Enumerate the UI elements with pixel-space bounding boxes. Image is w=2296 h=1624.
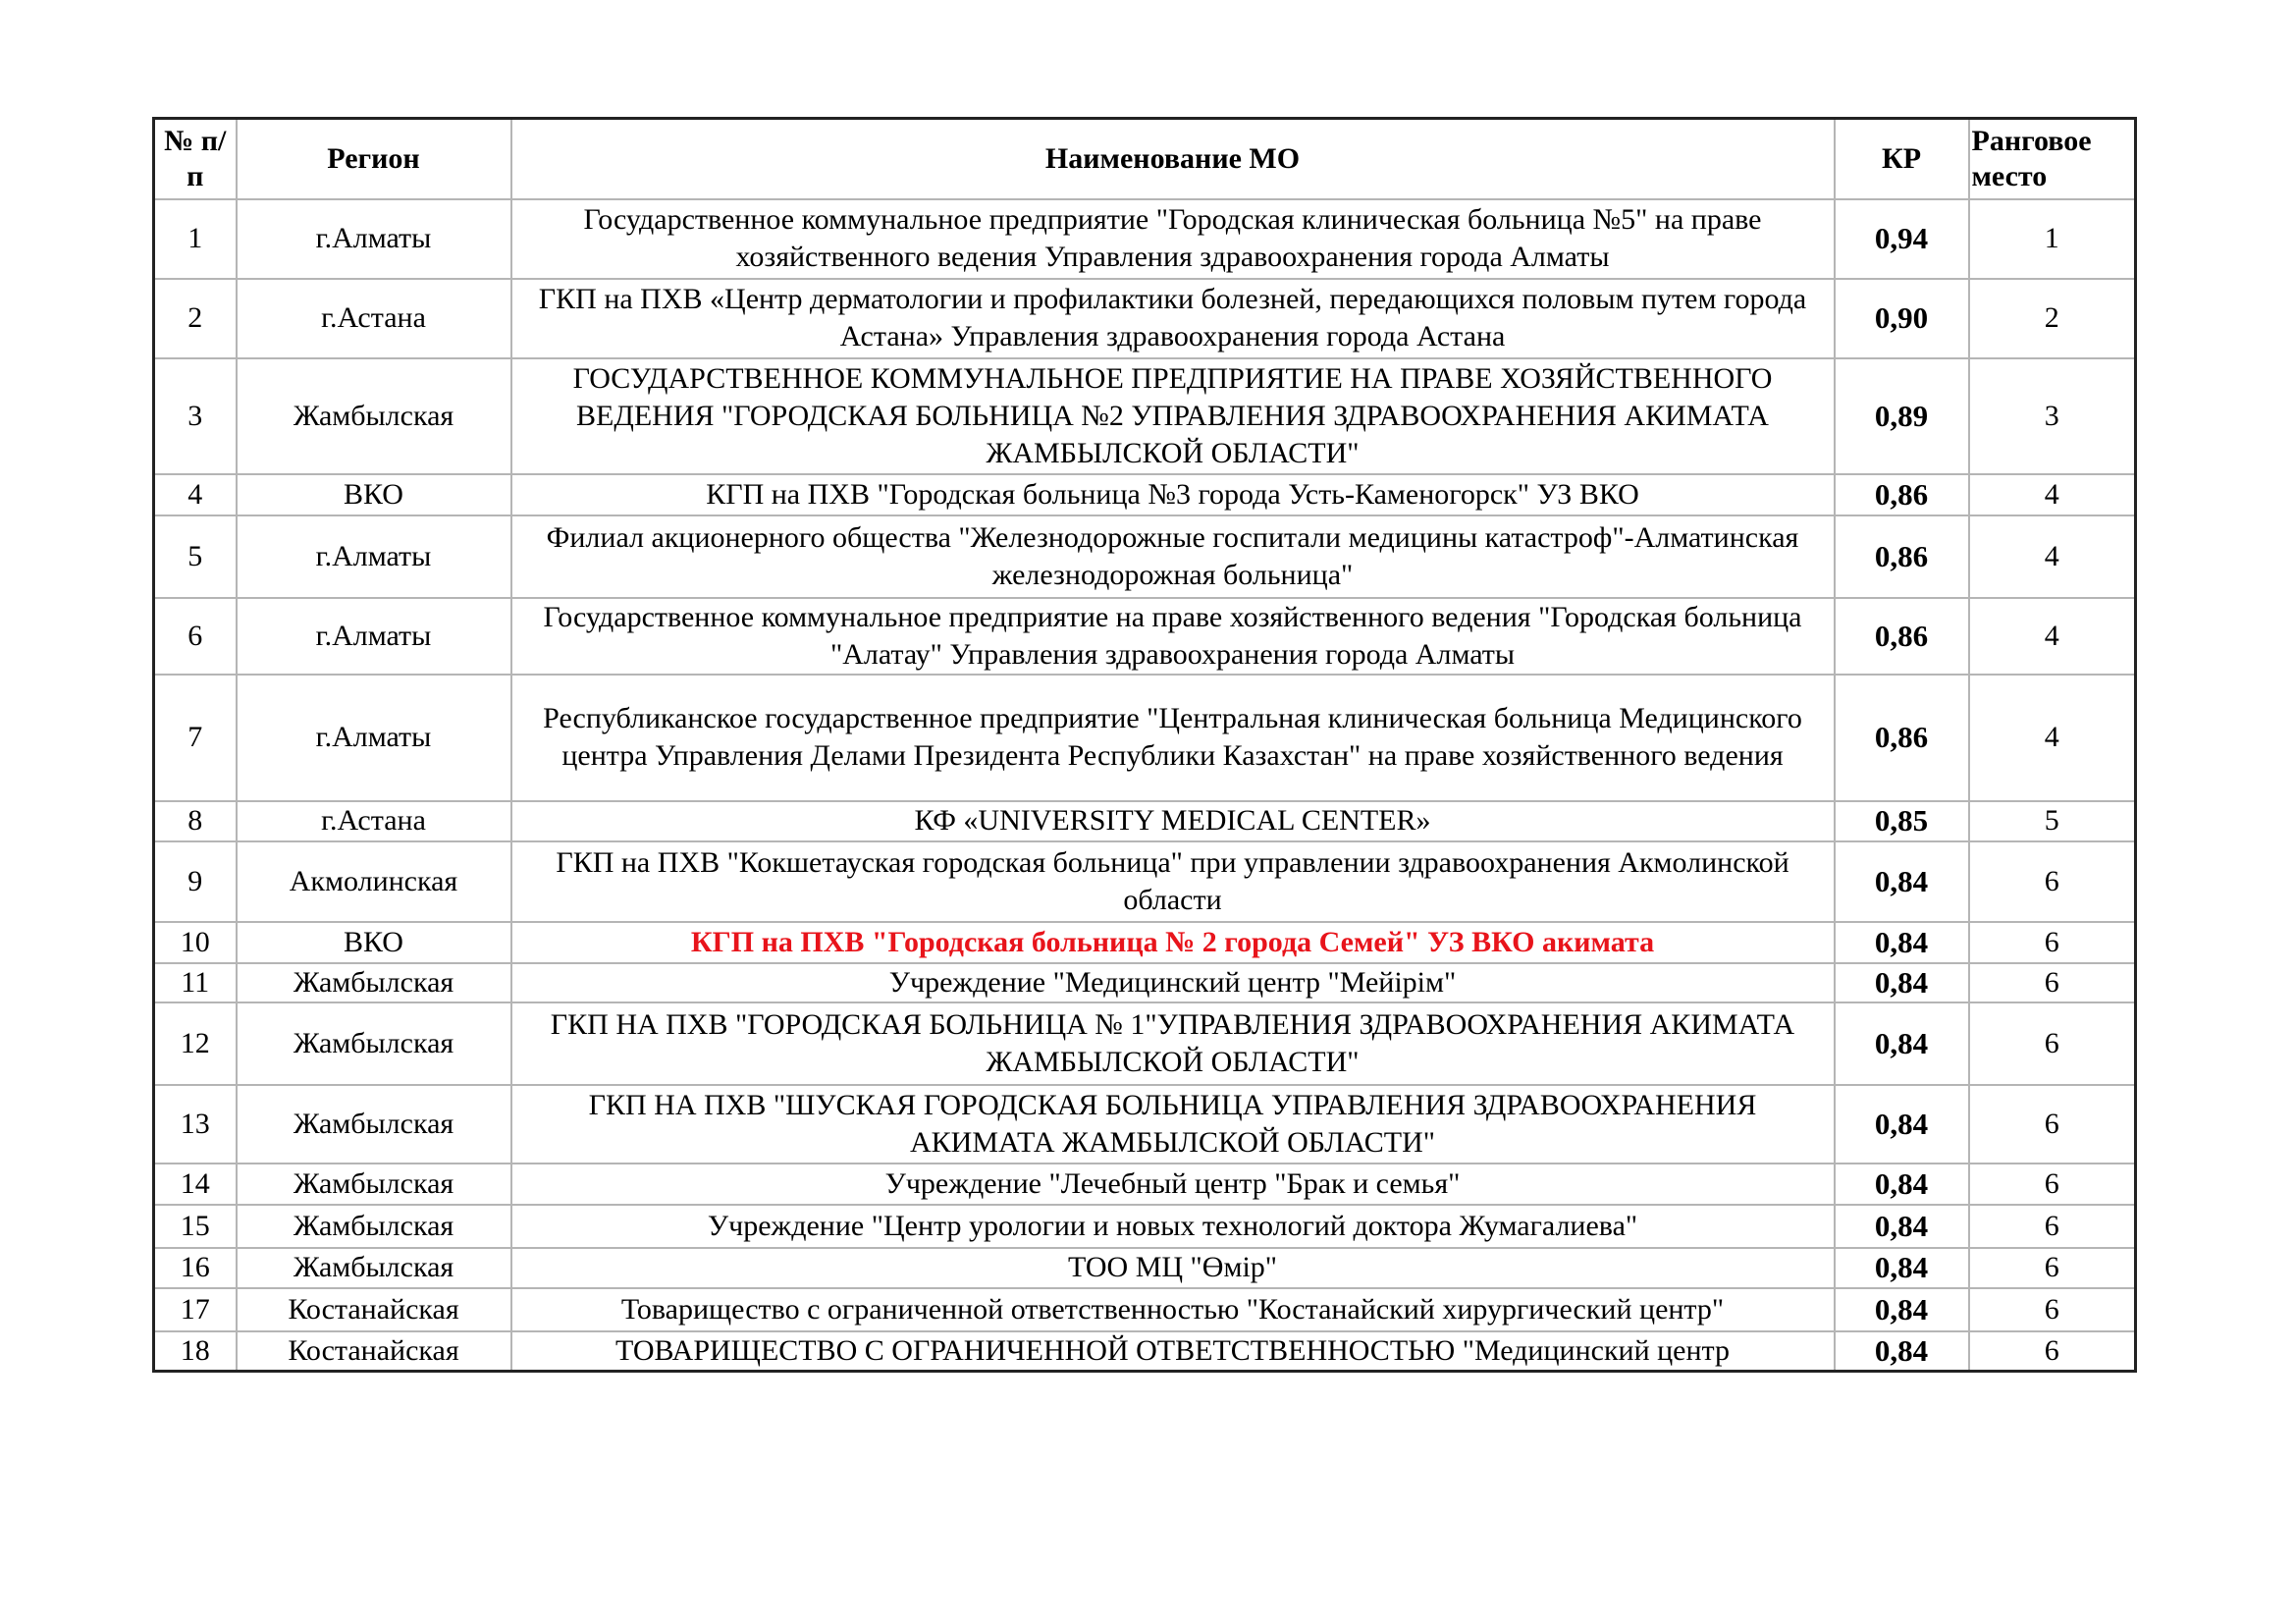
table-body: 1г.АлматыГосударственное коммунальное пр… — [154, 199, 2136, 1372]
row-rank: 4 — [1969, 675, 2136, 801]
table-row: 14ЖамбылскаяУчреждение "Лечебный центр "… — [154, 1164, 2136, 1205]
row-kr: 0,85 — [1835, 801, 1969, 841]
header-region: Регион — [237, 119, 511, 199]
row-rank: 6 — [1969, 1205, 2136, 1248]
row-kr: 0,84 — [1835, 1164, 1969, 1205]
row-region: г.Астана — [237, 279, 511, 358]
row-region: г.Алматы — [237, 598, 511, 675]
row-kr: 0,84 — [1835, 1331, 1969, 1372]
row-region: Жамбылская — [237, 1205, 511, 1248]
row-name: Государственное коммунальное предприятие… — [511, 598, 1835, 675]
row-kr: 0,84 — [1835, 1205, 1969, 1248]
table-row: 5г.АлматыФилиал акционерного общества "Ж… — [154, 515, 2136, 598]
row-num: 10 — [154, 922, 237, 963]
header-num: № п/п — [154, 119, 237, 199]
row-num: 16 — [154, 1248, 237, 1288]
row-num: 3 — [154, 358, 237, 474]
row-kr: 0,84 — [1835, 1085, 1969, 1164]
row-name: Учреждение "Медицинский центр "Мейірім" — [511, 963, 1835, 1002]
row-num: 15 — [154, 1205, 237, 1248]
row-name: Учреждение "Лечебный центр "Брак и семья… — [511, 1164, 1835, 1205]
row-rank: 6 — [1969, 1164, 2136, 1205]
row-name: Учреждение "Центр урологии и новых техно… — [511, 1205, 1835, 1248]
table-row: 3ЖамбылскаяГОСУДАРСТВЕННОЕ КОММУНАЛЬНОЕ … — [154, 358, 2136, 474]
row-name: Республиканское государственное предприя… — [511, 675, 1835, 801]
table-row: 16ЖамбылскаяТОО МЦ "Өмір"0,846 — [154, 1248, 2136, 1288]
row-rank: 5 — [1969, 801, 2136, 841]
row-num: 7 — [154, 675, 237, 801]
table-row: 15ЖамбылскаяУчреждение "Центр урологии и… — [154, 1205, 2136, 1248]
row-rank: 6 — [1969, 1002, 2136, 1085]
header-name: Наименование МО — [511, 119, 1835, 199]
row-kr: 0,84 — [1835, 841, 1969, 922]
row-num: 18 — [154, 1331, 237, 1372]
row-num: 11 — [154, 963, 237, 1002]
row-region: Жамбылская — [237, 1085, 511, 1164]
row-region: г.Астана — [237, 801, 511, 841]
row-kr: 0,86 — [1835, 474, 1969, 515]
header-rank: Ранговое место — [1969, 119, 2136, 199]
row-region: Жамбылская — [237, 358, 511, 474]
table-row: 8г.АстанаКФ «UNIVERSITY MEDICAL CENTER»0… — [154, 801, 2136, 841]
row-name: Государственное коммунальное предприятие… — [511, 199, 1835, 279]
ranking-table: № п/п Регион Наименование МО КР Ранговое… — [152, 117, 2137, 1373]
row-name: КГП на ПХВ "Городская больница № 2 город… — [511, 922, 1835, 963]
row-name: ГКП НА ПХВ "ШУСКАЯ ГОРОДСКАЯ БОЛЬНИЦА УП… — [511, 1085, 1835, 1164]
row-num: 9 — [154, 841, 237, 922]
row-rank: 4 — [1969, 474, 2136, 515]
row-rank: 3 — [1969, 358, 2136, 474]
row-num: 2 — [154, 279, 237, 358]
row-num: 13 — [154, 1085, 237, 1164]
row-region: Жамбылская — [237, 963, 511, 1002]
row-region: Жамбылская — [237, 1164, 511, 1205]
row-kr: 0,84 — [1835, 963, 1969, 1002]
row-kr: 0,84 — [1835, 1002, 1969, 1085]
row-name: ГКП НА ПХВ "ГОРОДСКАЯ БОЛЬНИЦА № 1"УПРАВ… — [511, 1002, 1835, 1085]
row-num: 8 — [154, 801, 237, 841]
row-kr: 0,84 — [1835, 1248, 1969, 1288]
row-name: ТОО МЦ "Өмір" — [511, 1248, 1835, 1288]
row-region: г.Алматы — [237, 515, 511, 598]
row-rank: 4 — [1969, 598, 2136, 675]
row-region: Акмолинская — [237, 841, 511, 922]
row-region: Костанайская — [237, 1331, 511, 1372]
row-kr: 0,84 — [1835, 922, 1969, 963]
row-num: 6 — [154, 598, 237, 675]
row-region: г.Алматы — [237, 199, 511, 279]
header-kr: КР — [1835, 119, 1969, 199]
row-num: 17 — [154, 1288, 237, 1331]
table-row: 2г.АстанаГКП на ПХВ «Центр дерматологии … — [154, 279, 2136, 358]
row-kr: 0,89 — [1835, 358, 1969, 474]
row-num: 1 — [154, 199, 237, 279]
row-rank: 6 — [1969, 1288, 2136, 1331]
row-region: Жамбылская — [237, 1248, 511, 1288]
row-rank: 6 — [1969, 1248, 2136, 1288]
row-region: г.Алматы — [237, 675, 511, 801]
row-rank: 4 — [1969, 515, 2136, 598]
row-kr: 0,84 — [1835, 1288, 1969, 1331]
row-kr: 0,94 — [1835, 199, 1969, 279]
row-rank: 6 — [1969, 922, 2136, 963]
row-name: Филиал акционерного общества "Железнодор… — [511, 515, 1835, 598]
table-row: 11ЖамбылскаяУчреждение "Медицинский цент… — [154, 963, 2136, 1002]
table-row: 7г.АлматыРеспубликанское государственное… — [154, 675, 2136, 801]
row-rank: 6 — [1969, 1085, 2136, 1164]
row-rank: 2 — [1969, 279, 2136, 358]
table-row: 4ВКОКГП на ПХВ "Городская больница №3 го… — [154, 474, 2136, 515]
table-row: 10ВКОКГП на ПХВ "Городская больница № 2 … — [154, 922, 2136, 963]
row-name: КФ «UNIVERSITY MEDICAL CENTER» — [511, 801, 1835, 841]
row-region: ВКО — [237, 922, 511, 963]
row-name: ГКП на ПХВ «Центр дерматологии и профила… — [511, 279, 1835, 358]
row-num: 5 — [154, 515, 237, 598]
row-name: КГП на ПХВ "Городская больница №3 города… — [511, 474, 1835, 515]
table-header-row: № п/п Регион Наименование МО КР Ранговое… — [154, 119, 2136, 199]
table-row: 9АкмолинскаяГКП на ПХВ "Кокшетауская гор… — [154, 841, 2136, 922]
row-name: ТОВАРИЩЕСТВО С ОГРАНИЧЕННОЙ ОТВЕТСТВЕННО… — [511, 1331, 1835, 1372]
table-row: 18КостанайскаяТОВАРИЩЕСТВО С ОГРАНИЧЕННО… — [154, 1331, 2136, 1372]
row-name: Товарищество с ограниченной ответственно… — [511, 1288, 1835, 1331]
row-region: ВКО — [237, 474, 511, 515]
row-num: 12 — [154, 1002, 237, 1085]
table-row: 17КостанайскаяТоварищество с ограниченно… — [154, 1288, 2136, 1331]
table-row: 1г.АлматыГосударственное коммунальное пр… — [154, 199, 2136, 279]
row-region: Жамбылская — [237, 1002, 511, 1085]
row-name: ГКП на ПХВ "Кокшетауская городская больн… — [511, 841, 1835, 922]
row-rank: 6 — [1969, 841, 2136, 922]
row-region: Костанайская — [237, 1288, 511, 1331]
row-kr: 0,86 — [1835, 598, 1969, 675]
table-row: 12ЖамбылскаяГКП НА ПХВ "ГОРОДСКАЯ БОЛЬНИ… — [154, 1002, 2136, 1085]
table-row: 6г.АлматыГосударственное коммунальное пр… — [154, 598, 2136, 675]
row-kr: 0,86 — [1835, 675, 1969, 801]
row-rank: 6 — [1969, 1331, 2136, 1372]
table-row: 13ЖамбылскаяГКП НА ПХВ "ШУСКАЯ ГОРОДСКАЯ… — [154, 1085, 2136, 1164]
row-name: ГОСУДАРСТВЕННОЕ КОММУНАЛЬНОЕ ПРЕДПРИЯТИЕ… — [511, 358, 1835, 474]
row-rank: 6 — [1969, 963, 2136, 1002]
row-kr: 0,90 — [1835, 279, 1969, 358]
row-num: 14 — [154, 1164, 237, 1205]
row-num: 4 — [154, 474, 237, 515]
row-rank: 1 — [1969, 199, 2136, 279]
row-kr: 0,86 — [1835, 515, 1969, 598]
